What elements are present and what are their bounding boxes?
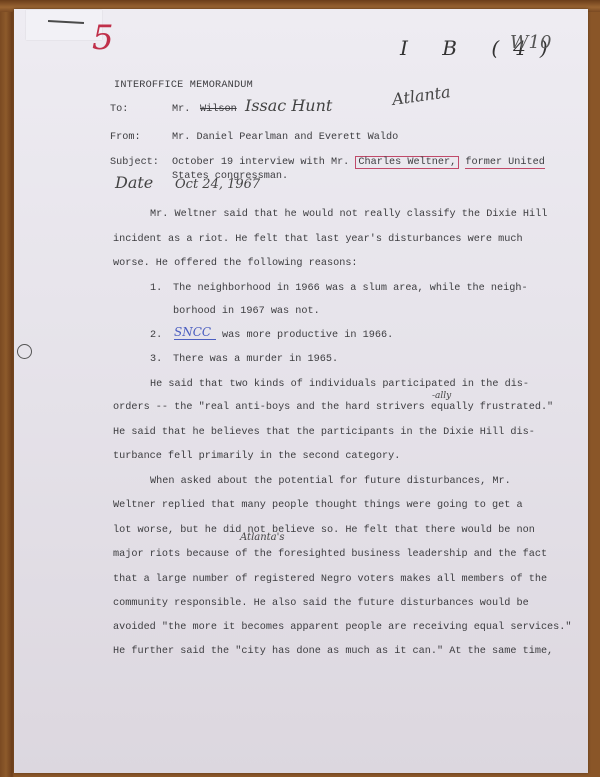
memo-title: INTEROFFICE MEMORANDUM (114, 80, 253, 91)
strivers-insertion: -ally (432, 391, 451, 401)
to-prefix: Mr. (172, 104, 190, 115)
reason-1-line-2: borhood in 1967 was not. (173, 306, 320, 317)
p3-line-4: major riots because of the foresighted b… (113, 549, 547, 560)
p3-line-3: lot worse, but he did not believe so. He… (113, 525, 535, 536)
to-struck-name: Wilson (200, 104, 237, 115)
reason-2-handwritten-fill: SNCC (174, 325, 216, 340)
p3-line-2: Weltner replied that many people thought… (113, 500, 523, 511)
punch-hole (17, 344, 32, 359)
p3-line-7: avoided "the more it becomes apparent pe… (113, 622, 572, 633)
p3-line-8: He further said the "city has done as mu… (113, 646, 553, 657)
memo-page (14, 9, 588, 773)
from-value: Mr. Daniel Pearlman and Everett Waldo (172, 132, 398, 143)
p2-line-1: He said that two kinds of individuals pa… (150, 379, 529, 390)
p1-line-2: incident as a riot. He felt that last ye… (113, 234, 523, 245)
foresighted-insertion: Atlanta's (240, 532, 285, 543)
subject-line-1: October 19 interview with Mr. Charles We… (172, 157, 545, 168)
to-handwritten-name: Issac Hunt (245, 96, 332, 115)
p1-line-3: worse. He offered the following reasons: (113, 258, 358, 269)
p2-line-3: He said that he believes that the partic… (113, 427, 535, 438)
p3-line-5: that a large number of registered Negro … (113, 574, 547, 585)
p3-line-1: When asked about the potential for futur… (150, 476, 511, 487)
subject-suffix: former United (465, 157, 544, 169)
reason-2-number: 2. (150, 330, 162, 341)
reason-3-number: 3. (150, 354, 162, 365)
subject-name-boxed: Charles Weltner, (355, 156, 459, 169)
date-label-handwritten: Date (115, 173, 153, 192)
reason-1-number: 1. (150, 283, 162, 294)
from-label: From: (110, 132, 141, 143)
red-handwritten-mark: 5 (92, 18, 114, 58)
reason-1-line-1: The neighborhood in 1966 was a slum area… (173, 283, 528, 294)
subject-label: Subject: (110, 157, 159, 168)
to-label: To: (110, 104, 128, 115)
reason-2-text: was more productive in 1966. (222, 330, 393, 341)
subject-prefix: October 19 interview with Mr. (172, 157, 349, 168)
p2-line-4: turbance fell primarily in the second ca… (113, 451, 400, 462)
reason-3-line-1: There was a murder in 1965. (173, 354, 338, 365)
p2-line-2: orders -- the "real anti-boys and the ha… (113, 402, 553, 413)
date-handwritten: Oct 24, 1967 (175, 177, 260, 192)
p1-line-1: Mr. Weltner said that he would not reall… (150, 209, 547, 220)
handwritten-file-code-2: W10 (510, 32, 551, 53)
sticky-label (26, 10, 102, 40)
p3-line-6: community responsible. He also said the … (113, 598, 529, 609)
